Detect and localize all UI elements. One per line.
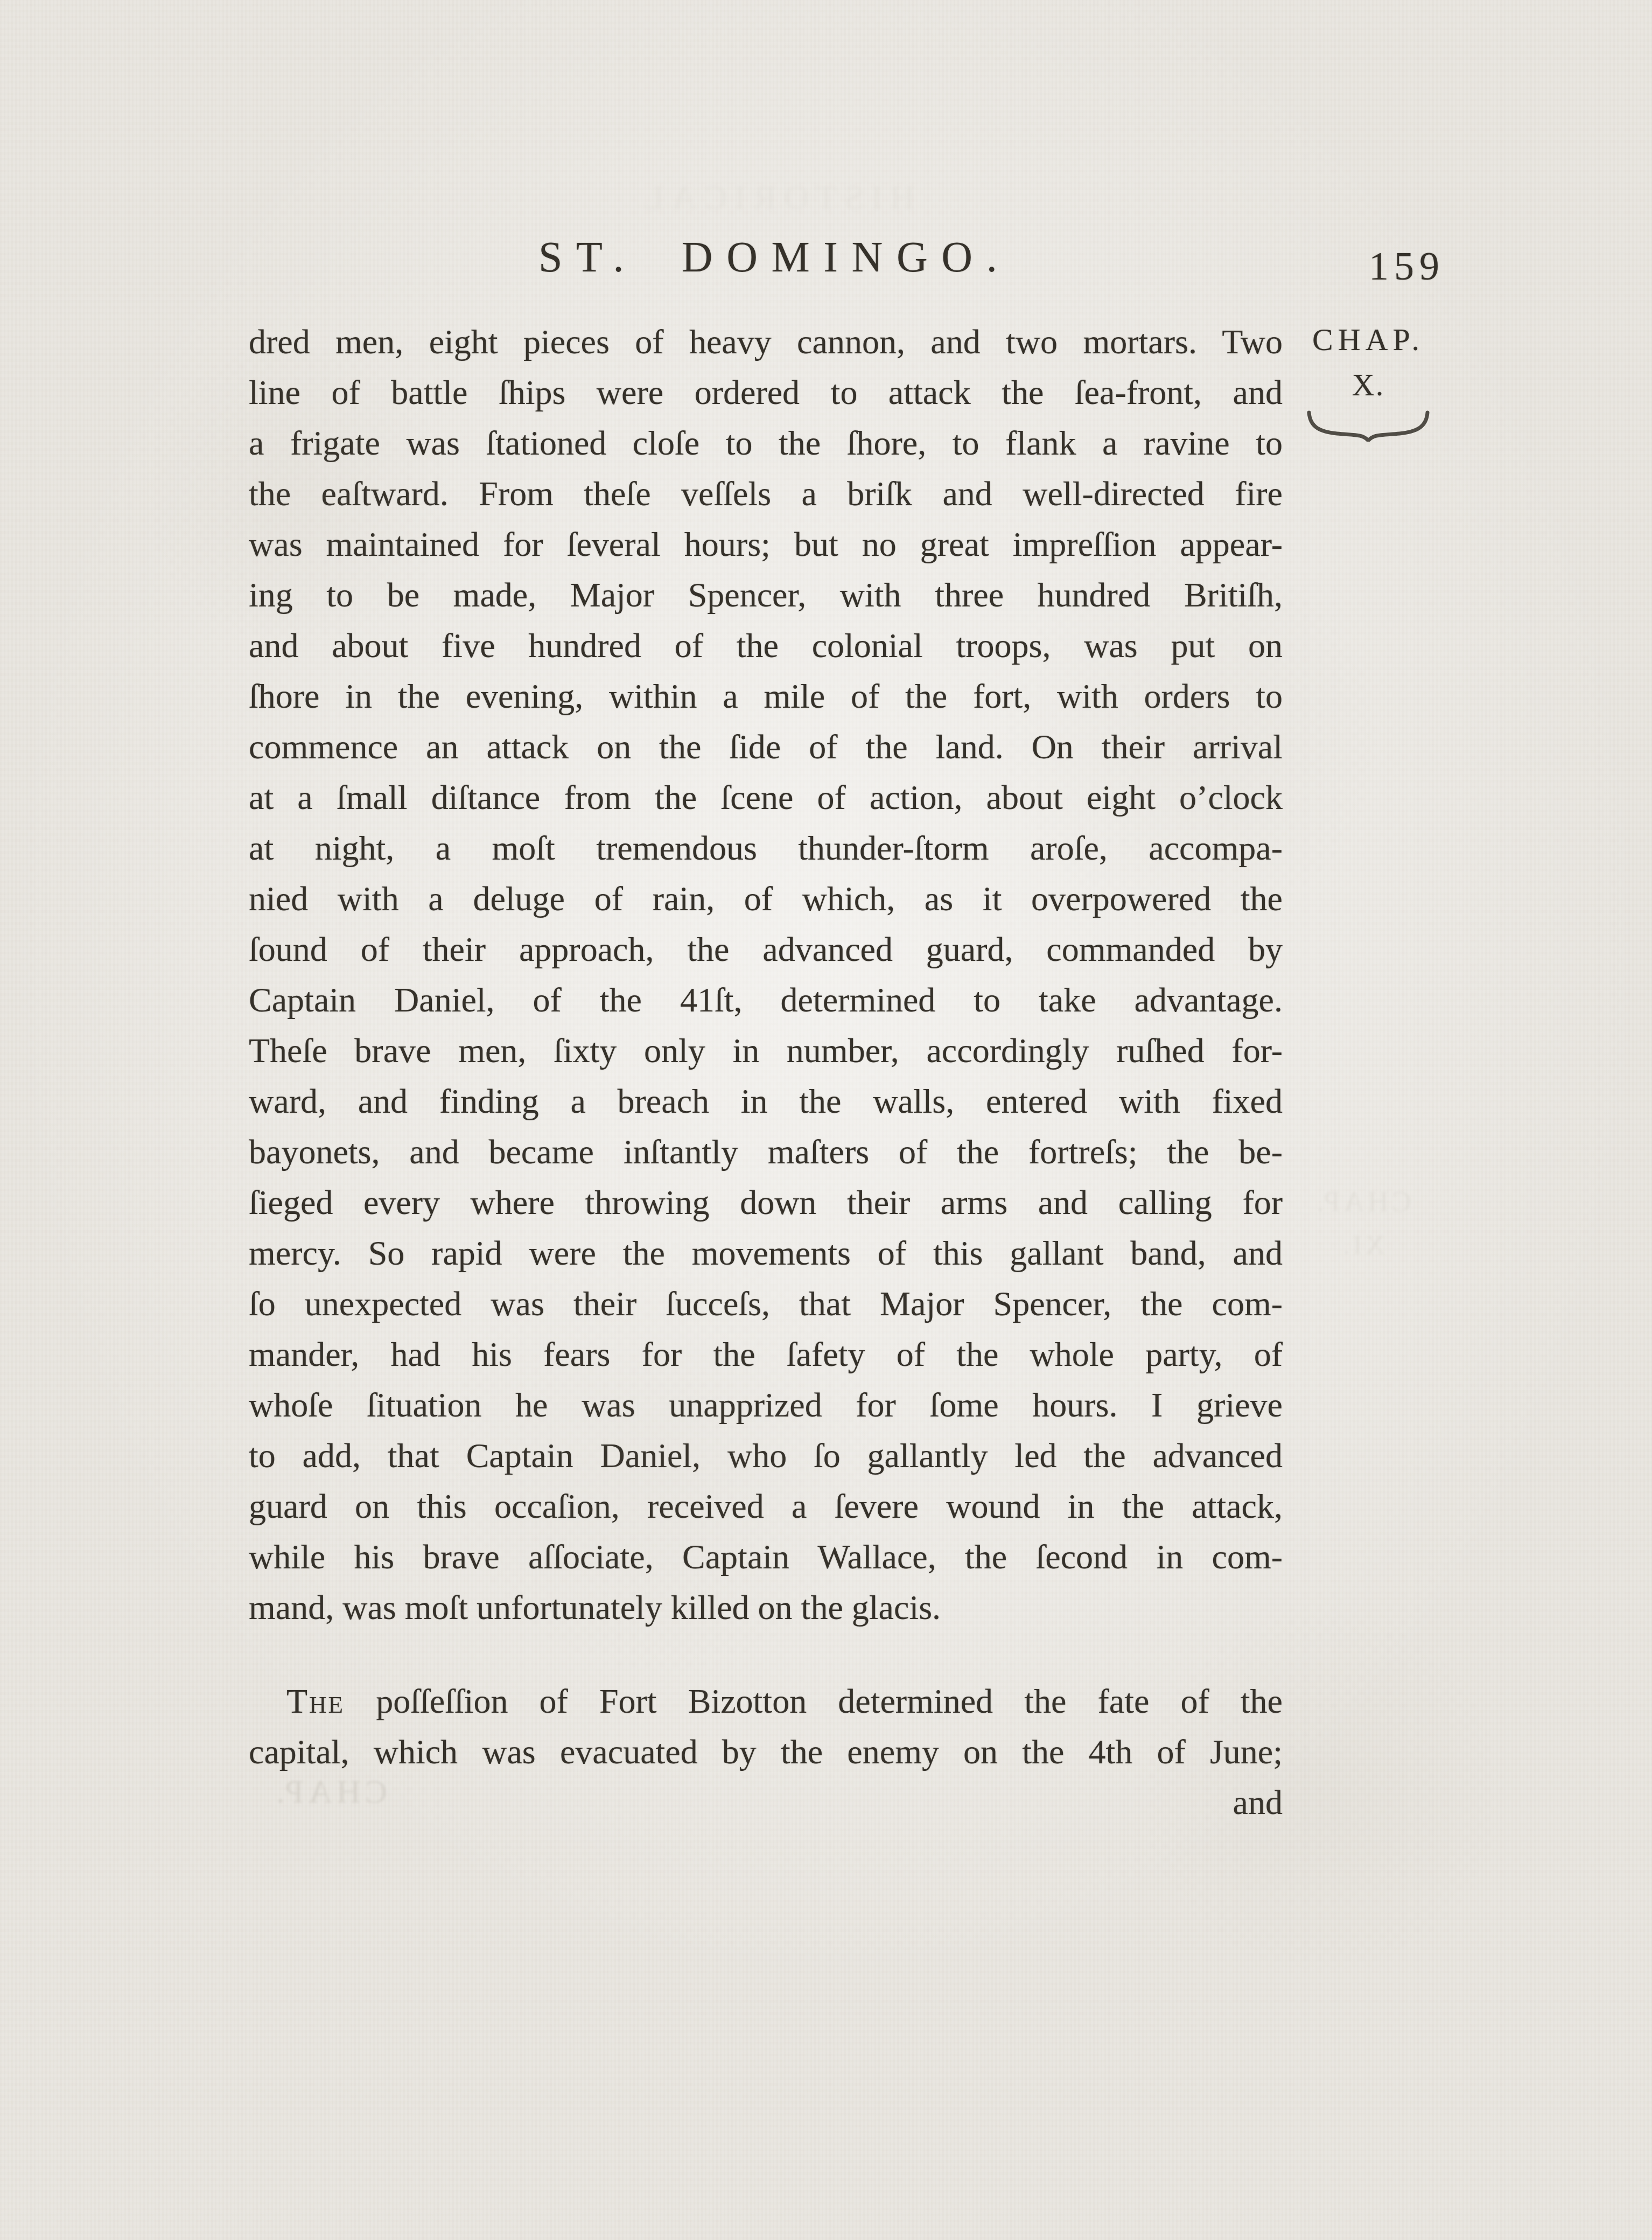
text-line: dred men, eight pieces of heavy cannon, … bbox=[249, 317, 1283, 367]
text-line: was maintained for ſeveral hours; but no… bbox=[249, 519, 1283, 570]
text-line: ſo unexpected was their ſucceſs, that Ma… bbox=[249, 1279, 1283, 1329]
text-line: mand, was moſt unfortunately killed on t… bbox=[249, 1582, 1283, 1633]
chapter-brace-icon bbox=[1291, 408, 1445, 444]
text-line: while his brave aſſociate, Captain Walla… bbox=[249, 1532, 1283, 1582]
text-line: The poſſeſſion of Fort Bizotton determin… bbox=[249, 1676, 1283, 1727]
text-line: guard on this occaſion, received a ſever… bbox=[249, 1481, 1283, 1532]
text-line: mander, had his fears for the ſafety of … bbox=[249, 1329, 1283, 1380]
text-line: to add, that Captain Daniel, who ſo gall… bbox=[249, 1430, 1283, 1481]
text-line: whoſe ſituation he was unapprized for ſo… bbox=[249, 1380, 1283, 1430]
ghost-chapter-numeral: XI. bbox=[1292, 1229, 1432, 1260]
text-line: ward, and finding a breach in the walls,… bbox=[249, 1076, 1283, 1127]
body-text: dred men, eight pieces of heavy cannon, … bbox=[249, 317, 1283, 1828]
paragraph-1: dred men, eight pieces of heavy cannon, … bbox=[249, 317, 1283, 1633]
text-line: ſhore in the evening, within a mile of t… bbox=[249, 671, 1283, 722]
text-line: the eaſtward. From theſe veſſels a briſk… bbox=[249, 469, 1283, 519]
ghost-chapter-label: CHAP. bbox=[1292, 1185, 1432, 1218]
text-line: and about five hundred of the colonial t… bbox=[249, 620, 1283, 671]
smallcaps-lead-word: The bbox=[286, 1682, 345, 1720]
text-line: capital, which was evacuated by the enem… bbox=[249, 1727, 1283, 1777]
text-line: at a ſmall diſtance from the ſcene of ac… bbox=[249, 772, 1283, 823]
running-head: ST. DOMINGO. bbox=[538, 236, 1011, 279]
text-line: ſieged every where throwing down their a… bbox=[249, 1177, 1283, 1228]
text-line: bayonets, and became inſtantly maſters o… bbox=[249, 1127, 1283, 1177]
text-line: nied with a deluge of rain, of which, as… bbox=[249, 874, 1283, 924]
text-line: line of battle ſhips were ordered to att… bbox=[249, 367, 1283, 418]
text-line: ing to be made, Major Spencer, with thre… bbox=[249, 570, 1283, 620]
text-line: a frigate was ſtationed cloſe to the ſho… bbox=[249, 418, 1283, 469]
catchword: and bbox=[1233, 1783, 1283, 1822]
text-line: Theſe brave men, ſixty only in number, a… bbox=[249, 1025, 1283, 1076]
text-line: ſound of their approach, the advanced gu… bbox=[249, 924, 1283, 975]
paragraph-2: The poſſeſſion of Fort Bizotton determin… bbox=[249, 1676, 1283, 1777]
ghost-bleedthrough-text: HISTORICAL bbox=[635, 178, 915, 218]
text-line: Captain Daniel, of the 41ſt, determined … bbox=[249, 975, 1283, 1025]
text-line: mercy. So rapid were the movements of th… bbox=[249, 1228, 1283, 1279]
ghost-bleedthrough-chapter: CHAP. XI. bbox=[1292, 1185, 1432, 1260]
text-line: commence an attack on the ſide of the la… bbox=[249, 722, 1283, 772]
chapter-note: CHAP. X. bbox=[1291, 324, 1445, 444]
catchword-row: and bbox=[249, 1777, 1283, 1828]
page-number: 159 bbox=[1369, 247, 1445, 287]
chapter-numeral: X. bbox=[1291, 369, 1445, 401]
text-line: at night, a moſt tremendous thunder-ſtor… bbox=[249, 823, 1283, 874]
book-page-scan: HISTORICAL CHAP. XI. CHAP. ST. DOMINGO. … bbox=[0, 0, 1652, 2240]
chapter-label: CHAP. bbox=[1291, 324, 1445, 355]
